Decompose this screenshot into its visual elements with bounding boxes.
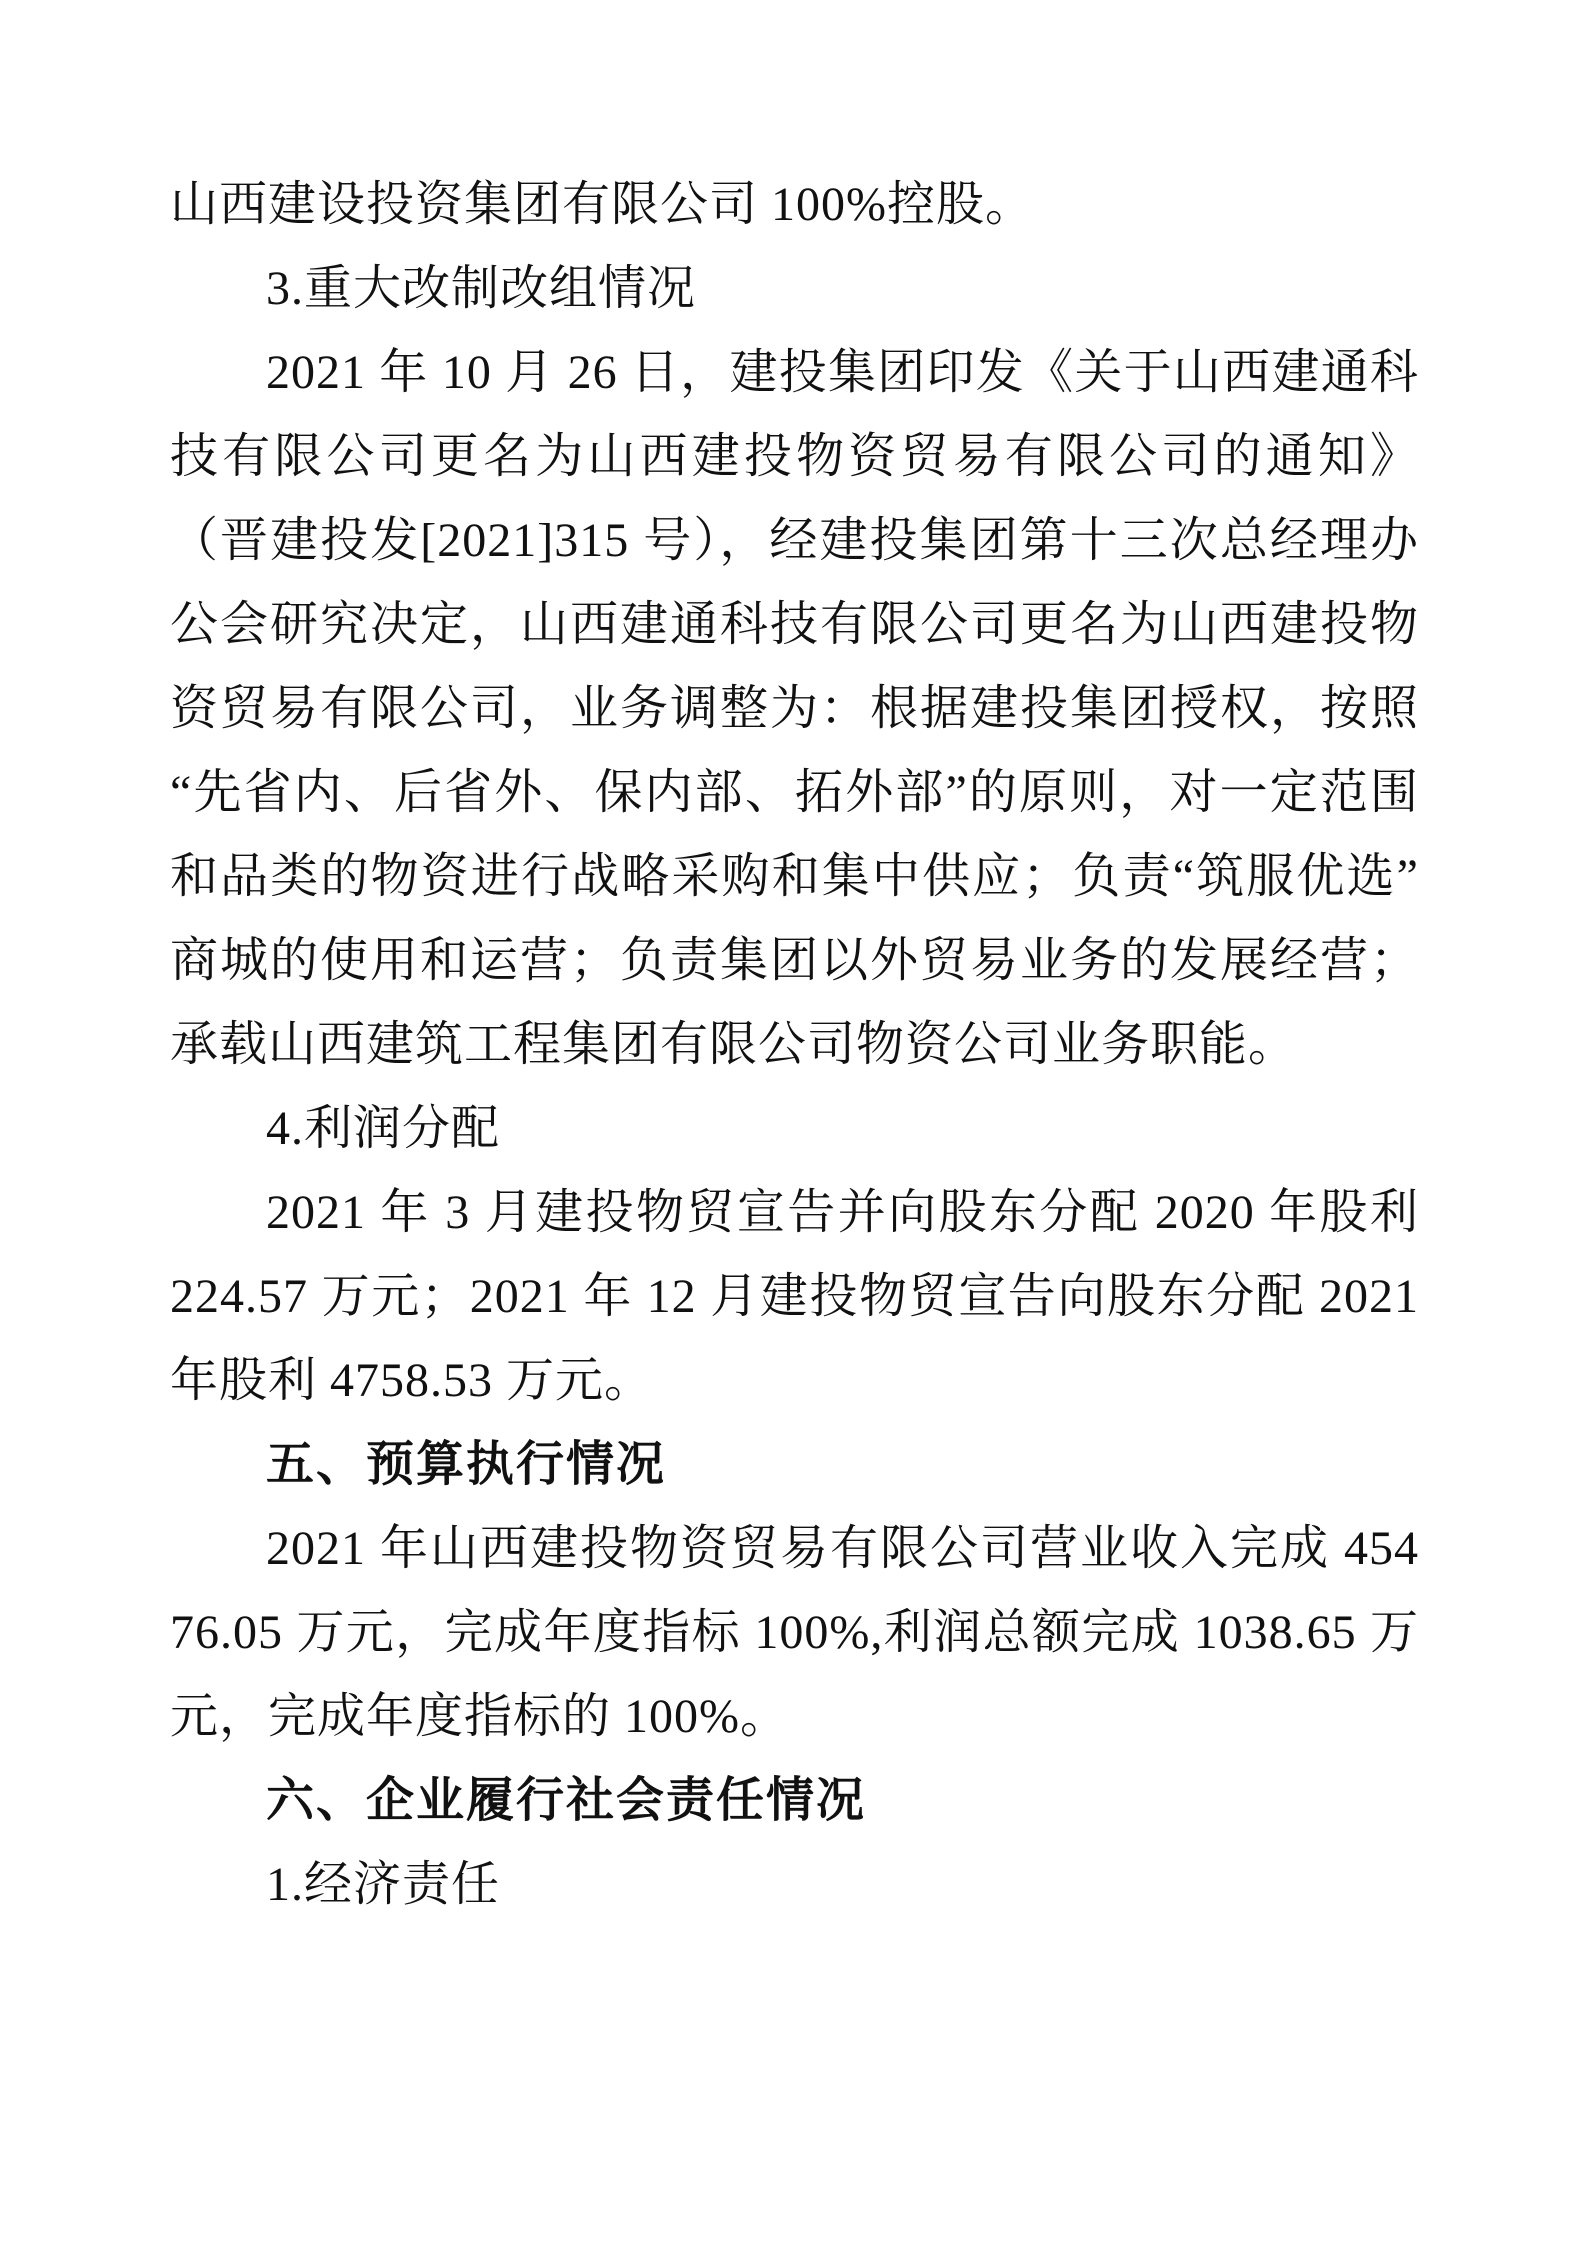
subheading-3-restructuring: 3.重大改制改组情况 <box>170 247 1419 331</box>
section-heading-budget-execution: 五、预算执行情况 <box>170 1423 1419 1507</box>
document-page: 山西建设投资集团有限公司 100%控股。 3.重大改制改组情况 2021 年 1… <box>0 0 1587 2245</box>
paragraph-budget-detail: 2021 年山西建投物资贸易有限公司营业收入完成 45476.05 万元，完成年… <box>170 1507 1419 1759</box>
paragraph-restructuring-detail: 2021 年 10 月 26 日，建投集团印发《关于山西建通科技有限公司更名为山… <box>170 331 1419 1087</box>
section-heading-social-responsibility: 六、企业履行社会责任情况 <box>170 1759 1419 1843</box>
paragraph-dividend-detail: 2021 年 3 月建投物贸宣告并向股东分配 2020 年股利 224.57 万… <box>170 1171 1419 1423</box>
subheading-4-profit-distribution: 4.利润分配 <box>170 1087 1419 1171</box>
subheading-1-economic-responsibility: 1.经济责任 <box>170 1843 1419 1927</box>
paragraph-shareholding: 山西建设投资集团有限公司 100%控股。 <box>170 163 1419 247</box>
